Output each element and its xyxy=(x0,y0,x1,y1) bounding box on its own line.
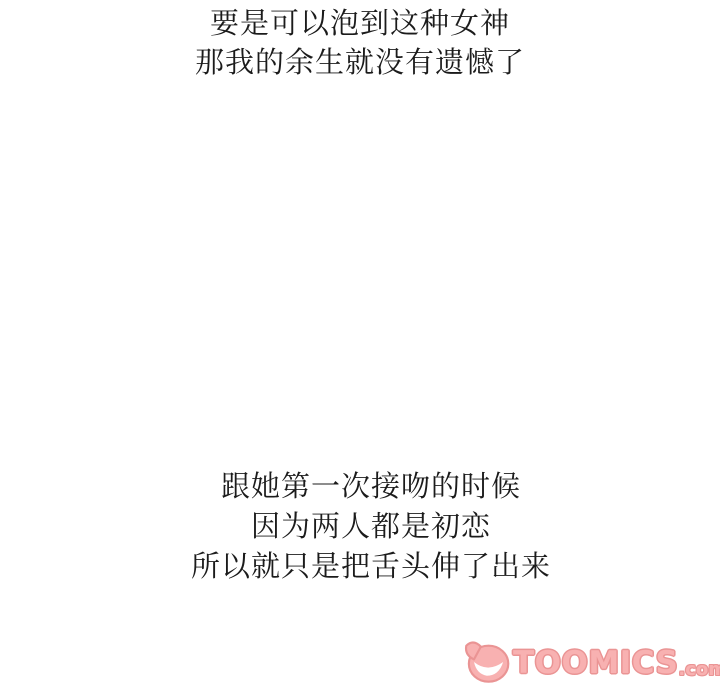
comic-page: 要是可以泡到这种女神 那我的余生就没有遗憾了 跟她第一次接吻的时候 因为两人都是… xyxy=(0,0,720,700)
toomics-mascot-icon xyxy=(462,640,510,684)
caption-line: 因为两人都是初恋 xyxy=(11,506,720,546)
caption-line: 所以就只是把舌头伸了出来 xyxy=(11,546,720,586)
caption-line: 要是可以泡到这种女神 xyxy=(0,4,720,43)
caption-block-middle: 跟她第一次接吻的时候 因为两人都是初恋 所以就只是把舌头伸了出来 xyxy=(11,466,720,586)
watermark-brand-text: TOOMICS xyxy=(513,648,678,679)
caption-line: 跟她第一次接吻的时候 xyxy=(11,466,720,506)
watermark-tld-text: .com xyxy=(678,661,720,679)
toomics-watermark: TOOMICS .com xyxy=(462,638,720,686)
caption-block-top: 要是可以泡到这种女神 那我的余生就没有遗憾了 xyxy=(0,4,720,82)
caption-line: 那我的余生就没有遗憾了 xyxy=(0,43,720,82)
